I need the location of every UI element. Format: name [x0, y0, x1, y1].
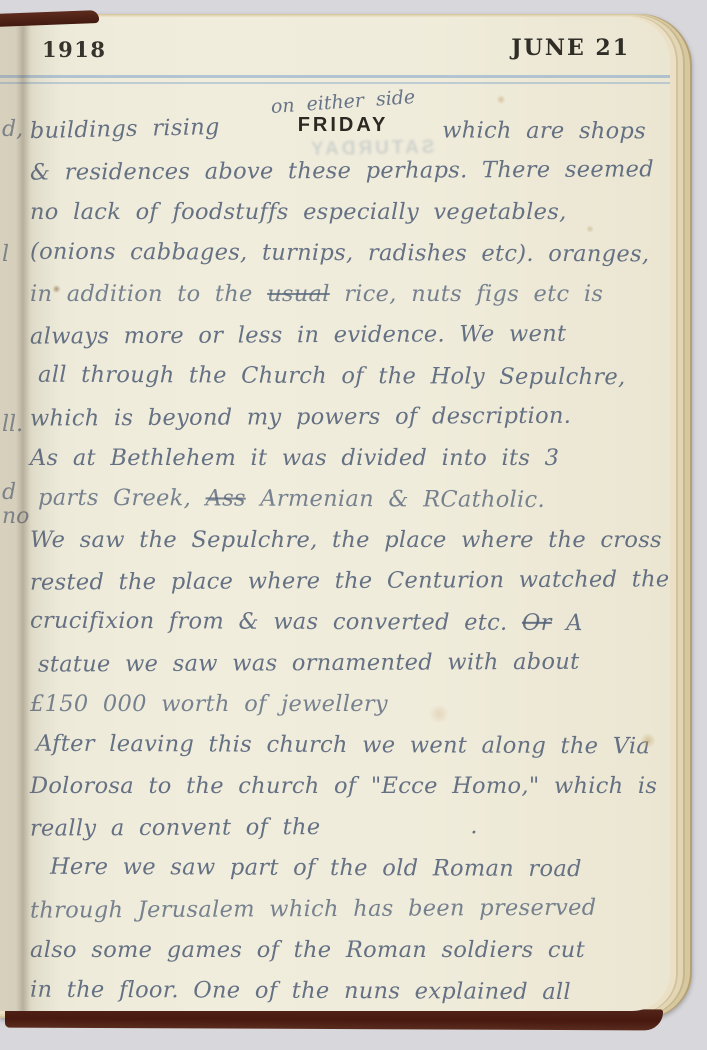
diary-line: Dolorosa to the church of "Ecce Homo," w…: [30, 773, 646, 814]
diary-line: crucifixion from & was converted etc. Or…: [30, 608, 646, 652]
diary-line: all through the Church of the Holy Sepul…: [30, 362, 646, 406]
diary-line: Here we saw part of the old Roman road: [30, 854, 646, 898]
handwritten-text: As at Bethlehem it was divided into its …: [30, 445, 559, 471]
printed-date: JUNE 21: [511, 35, 630, 61]
struck-out-word: Or: [522, 610, 552, 636]
header-rule: [0, 75, 670, 87]
facing-page-text-fragment: d,: [2, 117, 23, 142]
handwritten-text: in the floor. One of the nuns explained …: [30, 977, 571, 1005]
handwritten-text: After leaving this church we went along …: [36, 731, 650, 760]
facing-page-text-fragment: ll.: [2, 412, 23, 437]
handwritten-text: which is beyond my powers of description…: [30, 403, 571, 432]
diary-line: through Jerusalem which has been preserv…: [30, 894, 646, 938]
handwritten-text: .: [470, 813, 478, 839]
diary-line: We saw the Sepulchre, the place where th…: [30, 527, 646, 568]
struck-out-word: usual: [267, 281, 330, 307]
diary-line: rested the place where the Centurion wat…: [30, 566, 646, 610]
handwritten-text: & residences above these perhaps. There …: [30, 156, 654, 185]
handwritten-text: also some games of the Roman soldiers cu…: [30, 937, 585, 963]
handwritten-text: through Jerusalem which has been preserv…: [30, 895, 597, 924]
handwritten-text: in addition to the: [30, 281, 267, 307]
facing-page-text-fragment: no: [2, 504, 29, 529]
diary-line: which is beyond my powers of description…: [30, 402, 646, 446]
struck-out-word: Ass: [205, 485, 245, 511]
diary-page: 1918 JUNE 21 SATURDAY on either side FRI…: [0, 17, 670, 1011]
diary-line: in addition to the usual rice, nuts figs…: [30, 281, 646, 322]
diary-line: & residences above these perhaps. There …: [30, 156, 646, 200]
handwritten-text: which are shops: [442, 117, 646, 159]
diary-line: also some games of the Roman soldiers cu…: [30, 937, 646, 978]
handwritten-text: all through the Church of the Holy Sepul…: [38, 362, 626, 391]
diary-line: statue we saw was ornamented with about: [30, 648, 646, 692]
handwritten-text: Armenian & RCatholic.: [246, 486, 545, 513]
facing-page-text-fragment: l: [2, 242, 9, 267]
page-stain: [496, 95, 506, 104]
diary-line: in the floor. One of the nuns explained …: [30, 977, 646, 1021]
diary-line: (onions cabbages, turnips, radishes etc)…: [30, 239, 646, 283]
handwritten-text: parts Greek,: [38, 485, 206, 512]
diary-line: parts Greek, Ass Armenian & RCatholic.: [30, 485, 646, 529]
handwritten-text: buildings rising: [30, 114, 221, 159]
handwritten-text: We saw the Sepulchre, the place where th…: [30, 527, 662, 553]
diary-line: £150 000 worth of jewellery: [30, 691, 646, 732]
diary-entry: buildings rising which are shops & resid…: [30, 117, 646, 1019]
diary-photo: 1918 JUNE 21 SATURDAY on either side FRI…: [0, 0, 707, 1050]
handwritten-text: no lack of foodstuffs especially vegetab…: [30, 199, 567, 225]
handwritten-text: crucifixion from & was converted etc.: [30, 608, 522, 636]
handwritten-text: rice, nuts figs etc is: [330, 281, 603, 307]
handwritten-text: (onions cabbages, turnips, radishes etc)…: [30, 239, 649, 268]
diary-line: no lack of foodstuffs especially vegetab…: [30, 199, 646, 240]
diary-line: As at Bethlehem it was divided into its …: [30, 445, 646, 486]
diary-line: really a convent of the.: [30, 812, 646, 856]
handwritten-text: Here we saw part of the old Roman road: [50, 854, 582, 882]
handwritten-text: really a convent of the: [30, 814, 321, 842]
diary-line: After leaving this church we went along …: [30, 731, 646, 775]
facing-page-text-fragment: d: [2, 480, 16, 505]
blank-space: [320, 833, 470, 834]
handwritten-text: rested the place where the Centurion wat…: [30, 566, 670, 595]
handwritten-text: A: [552, 610, 583, 636]
diary-line: always more or less in evidence. We went: [30, 320, 646, 364]
handwritten-text: statue we saw was ornamented with about: [38, 649, 580, 678]
diary-line: buildings rising which are shops: [30, 116, 646, 160]
handwritten-text: Dolorosa to the church of "Ecce Homo," w…: [30, 773, 657, 799]
handwritten-text: £150 000 worth of jewellery: [30, 691, 388, 717]
handwritten-text: always more or less in evidence. We went: [30, 321, 567, 350]
printed-year: 1918: [42, 37, 106, 62]
